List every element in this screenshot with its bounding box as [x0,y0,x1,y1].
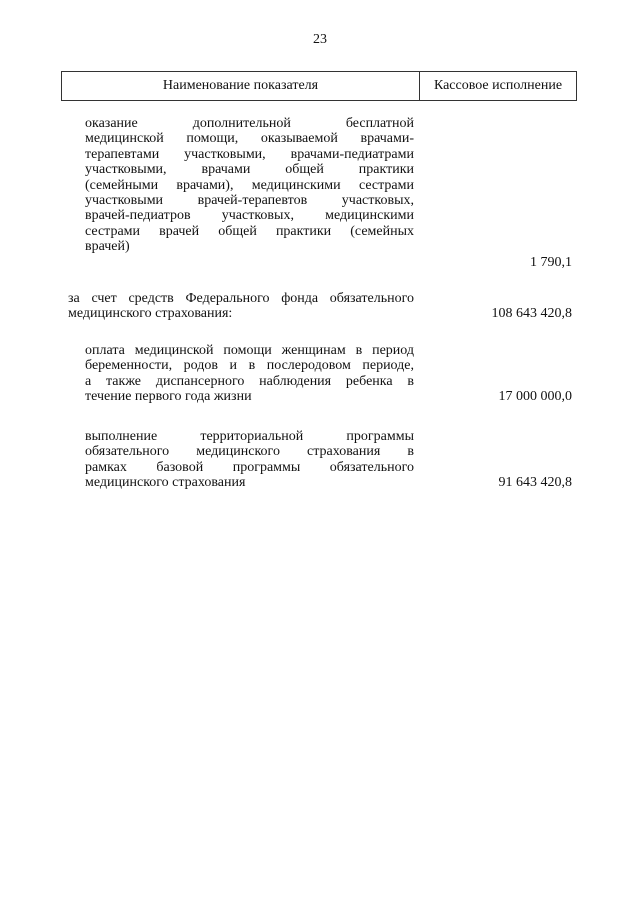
row-value: 1 790,1 [530,255,572,270]
row-value: 17 000 000,0 [499,389,573,404]
row-label: оказание дополнительной бесплатной медиц… [85,116,414,255]
row-value: 91 643 420,8 [499,475,573,490]
page-number: 23 [0,32,640,48]
row-label: оплата медицинской помощи женщинам в пер… [85,343,414,405]
row-value: 108 643 420,8 [492,306,573,321]
row-label: за счет средств Федерального фонда обяза… [68,291,414,322]
column-header-value: Кассовое исполнение [420,72,576,100]
column-header-name: Наименование показателя [62,72,420,100]
row-label: выполнение территориальной программы обя… [85,429,414,491]
table-header: Наименование показателя Кассовое исполне… [61,71,577,101]
